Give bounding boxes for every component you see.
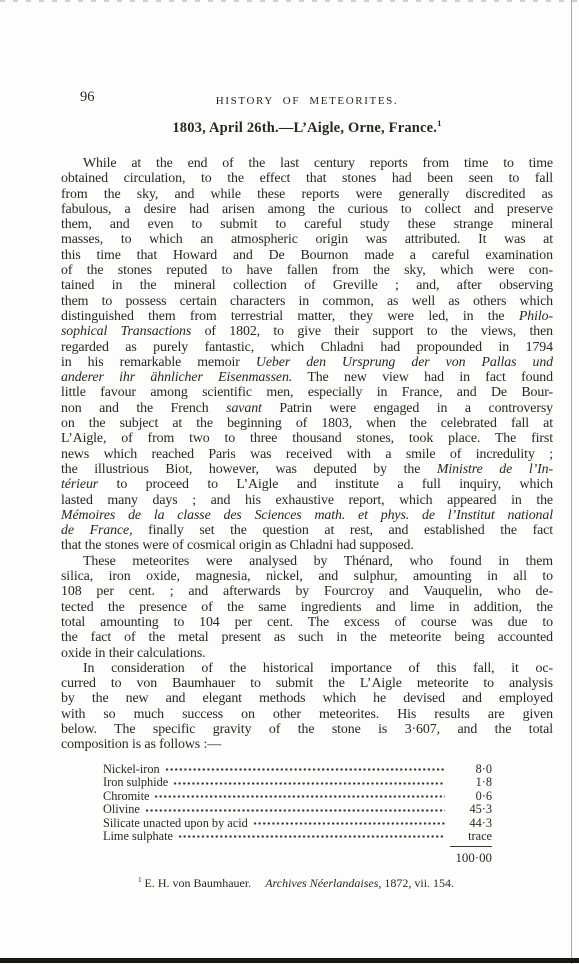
- text-line: oxide in their calculations.: [61, 646, 553, 661]
- text-line: total amounting to 104 per cent. The exc…: [61, 615, 553, 630]
- text-segment: In consideration of the historical impor…: [83, 661, 553, 676]
- text-segment: tained in the mineral collection of Grev…: [61, 278, 553, 293]
- text-segment: little favour among scientific men, espe…: [61, 385, 553, 400]
- text-segment: below. The specific gravity of the stone…: [61, 722, 553, 737]
- text-segment: the fact of the metal present as such in…: [61, 630, 553, 645]
- text-line: sophical Transactions of 1802, to give t…: [61, 324, 553, 339]
- text-segment: silica, iron oxide, magnesia, nickel, an…: [61, 569, 553, 584]
- component-label: Lime sulphate: [103, 829, 178, 844]
- text-line: from the sky, and while these reports we…: [61, 187, 553, 202]
- text-segment: While at the end of the last century rep…: [83, 156, 553, 171]
- text-line: In consideration of the historical impor…: [61, 661, 553, 676]
- footnote: 1 E. H. von Baumhauer.Archives Néerlanda…: [50, 876, 542, 891]
- dot-leader: [173, 779, 445, 788]
- text-segment: finally set the question at rest, and es…: [132, 523, 553, 538]
- text-segment: from the sky, and while these reports we…: [61, 187, 553, 202]
- text-segment: by the new and elegant methods which he …: [61, 691, 553, 706]
- text-line: regarded as purely fantastic, which Chla…: [61, 340, 553, 355]
- composition-table: Nickel-iron8·0Iron sulphide1·8Chromite0·…: [103, 762, 492, 842]
- text-segment: 108 per cent. ; and afterwards by Fourcr…: [61, 584, 553, 599]
- text-segment: Mémoires de la classe des Sciences math.…: [61, 508, 553, 523]
- text-segment: savant: [226, 401, 262, 416]
- text-segment: Archives Néerlandaises: [265, 876, 378, 890]
- book-page: 96 HISTORY OF METEORITES. 1803, April 26…: [0, 0, 579, 964]
- dot-leader: [154, 792, 445, 801]
- text-segment: L’Aigle, of from two to three thousand s…: [61, 431, 553, 446]
- text-line: These meteorites were analysed by Thénar…: [61, 554, 553, 569]
- text-line: news which reached Paris was received wi…: [61, 447, 553, 462]
- text-line: non and the French savant Patrin were en…: [61, 401, 553, 416]
- text-segment: térieur: [61, 477, 98, 492]
- composition-row: Silicate unacted upon by acid44·3: [103, 816, 492, 829]
- total-value: 100·00: [103, 851, 492, 866]
- text-segment: obtained circulation, to the effect that…: [61, 171, 553, 186]
- text-segment: 1803, April 26th.—L’Aigle, Orne, France.: [172, 120, 437, 136]
- text-line: obtained circulation, to the effect that…: [61, 171, 553, 186]
- text-segment: distinguished them from terrestrial matt…: [61, 309, 519, 324]
- table-total-block: 100·00: [103, 846, 492, 866]
- text-segment: the illustrious Biot, however, was deput…: [61, 462, 437, 477]
- text-line: by the new and elegant methods which he …: [61, 691, 553, 706]
- text-segment: composition is as follows :—: [61, 737, 221, 752]
- text-line: lasted many days ; and his exhaustive re…: [61, 493, 553, 508]
- text-segment: Ministre de l’In-: [437, 462, 553, 477]
- dot-leader: [145, 806, 445, 815]
- text-segment: news which reached Paris was received wi…: [61, 447, 553, 462]
- text-segment: These meteorites were analysed by Thénar…: [83, 554, 553, 569]
- text-line: tected the presence of the same ingredie…: [61, 600, 553, 615]
- sum-rule: [450, 846, 492, 847]
- text-segment: 1: [437, 118, 442, 128]
- text-segment: non and the French: [61, 401, 226, 416]
- text-line: anderer ihr ähnlicher Eisenmassen. The n…: [61, 370, 553, 385]
- text-segment: regarded as purely fantastic, which Chla…: [61, 340, 553, 355]
- body-text: While at the end of the last century rep…: [61, 156, 553, 753]
- text-line: that the stones were of cosmical origin …: [61, 538, 553, 553]
- text-line: distinguished them from terrestrial matt…: [61, 309, 553, 324]
- text-segment: them, and even to submit to careful stud…: [61, 217, 553, 232]
- text-line: with so much success on other meteorites…: [61, 707, 553, 722]
- text-line: silica, iron oxide, magnesia, nickel, an…: [61, 569, 553, 584]
- running-head: HISTORY OF METEORITES.: [61, 95, 553, 107]
- text-segment: masses, to which an atmospheric origin w…: [61, 232, 553, 247]
- text-segment: Philo-: [519, 309, 553, 324]
- text-segment: this time that Howard and De Bournon mad…: [61, 248, 553, 263]
- text-line: on the subject at the beginning of 1803,…: [61, 416, 553, 431]
- text-line: While at the end of the last century rep…: [61, 156, 553, 171]
- text-segment: de France,: [61, 523, 132, 538]
- composition-row: Lime sulphatetrace: [103, 829, 492, 842]
- composition-row: Iron sulphide1·8: [103, 775, 492, 788]
- component-value: trace: [448, 829, 492, 844]
- text-line: them to possess certain characters in co…: [61, 294, 553, 309]
- scan-right-edge: [571, 0, 572, 964]
- text-segment: sophical Transactions: [61, 324, 191, 339]
- text-segment: Patrin were engaged in a controversy: [262, 401, 553, 416]
- dot-leader: [165, 765, 445, 774]
- text-line: in his remarkable memoir Ueber den Urspr…: [61, 355, 553, 370]
- text-segment: E. H. von Baumhauer.: [142, 876, 252, 890]
- composition-row: Olivine45·3: [103, 802, 492, 815]
- scan-bottom-edge: [0, 958, 579, 963]
- text-segment: that the stones were of cosmical origin …: [61, 538, 414, 553]
- text-segment: lasted many days ; and his exhaustive re…: [61, 493, 553, 508]
- text-line: Mémoires de la classe des Sciences math.…: [61, 508, 553, 523]
- text-segment: fabulous, a desire had arisen among the …: [61, 202, 553, 217]
- text-segment: in his remarkable memoir: [61, 355, 256, 370]
- text-segment: of the stones reputed to have fallen fro…: [61, 263, 553, 278]
- text-line: little favour among scientific men, espe…: [61, 385, 553, 400]
- composition-row: Chromite0·6: [103, 789, 492, 802]
- text-line: of the stones reputed to have fallen fro…: [61, 263, 553, 278]
- text-segment: oxide in their calculations.: [61, 646, 206, 661]
- text-line: this time that Howard and De Bournon mad…: [61, 248, 553, 263]
- text-segment: on the subject at the beginning of 1803,…: [61, 416, 553, 431]
- composition-row: Nickel-iron8·0: [103, 762, 492, 775]
- text-line: below. The specific gravity of the stone…: [61, 722, 553, 737]
- text-line: composition is as follows :—: [61, 737, 553, 752]
- text-segment: of 1802, to give their support to the vi…: [191, 324, 553, 339]
- dot-leader: [253, 819, 445, 828]
- text-line: curred to von Baumhauer to submit the L’…: [61, 676, 553, 691]
- text-segment: anderer ihr ähnlicher Eisenmassen.: [61, 370, 292, 385]
- text-line: térieur to proceed to L’Aigle and instit…: [61, 477, 553, 492]
- text-line: L’Aigle, of from two to three thousand s…: [61, 431, 553, 446]
- text-line: the illustrious Biot, however, was deput…: [61, 462, 553, 477]
- text-line: fabulous, a desire had arisen among the …: [61, 202, 553, 217]
- text-segment: The new view had in fact found: [292, 370, 553, 385]
- text-segment: tected the presence of the same ingredie…: [61, 600, 553, 615]
- text-segment: Ueber den Ursprung der von Pallas und: [256, 355, 553, 370]
- text-line: 108 per cent. ; and afterwards by Fourcr…: [61, 584, 553, 599]
- text-segment: curred to von Baumhauer to submit the L’…: [61, 676, 553, 691]
- text-line: the fact of the metal present as such in…: [61, 630, 553, 645]
- scan-top-edge: [0, 0, 579, 2]
- text-segment: with so much success on other meteorites…: [61, 707, 553, 722]
- text-line: them, and even to submit to careful stud…: [61, 217, 553, 232]
- text-segment: to proceed to L’Aigle and institute a fu…: [98, 477, 553, 492]
- text-line: de France, finally set the question at r…: [61, 523, 553, 538]
- section-heading: 1803, April 26th.—L’Aigle, Orne, France.…: [61, 120, 553, 137]
- text-line: tained in the mineral collection of Grev…: [61, 278, 553, 293]
- text-segment: , 1872, vii. 154.: [378, 876, 454, 890]
- text-line: masses, to which an atmospheric origin w…: [61, 232, 553, 247]
- dot-leader: [178, 832, 445, 841]
- text-segment: total amounting to 104 per cent. The exc…: [61, 615, 553, 630]
- text-segment: them to possess certain characters in co…: [61, 294, 553, 309]
